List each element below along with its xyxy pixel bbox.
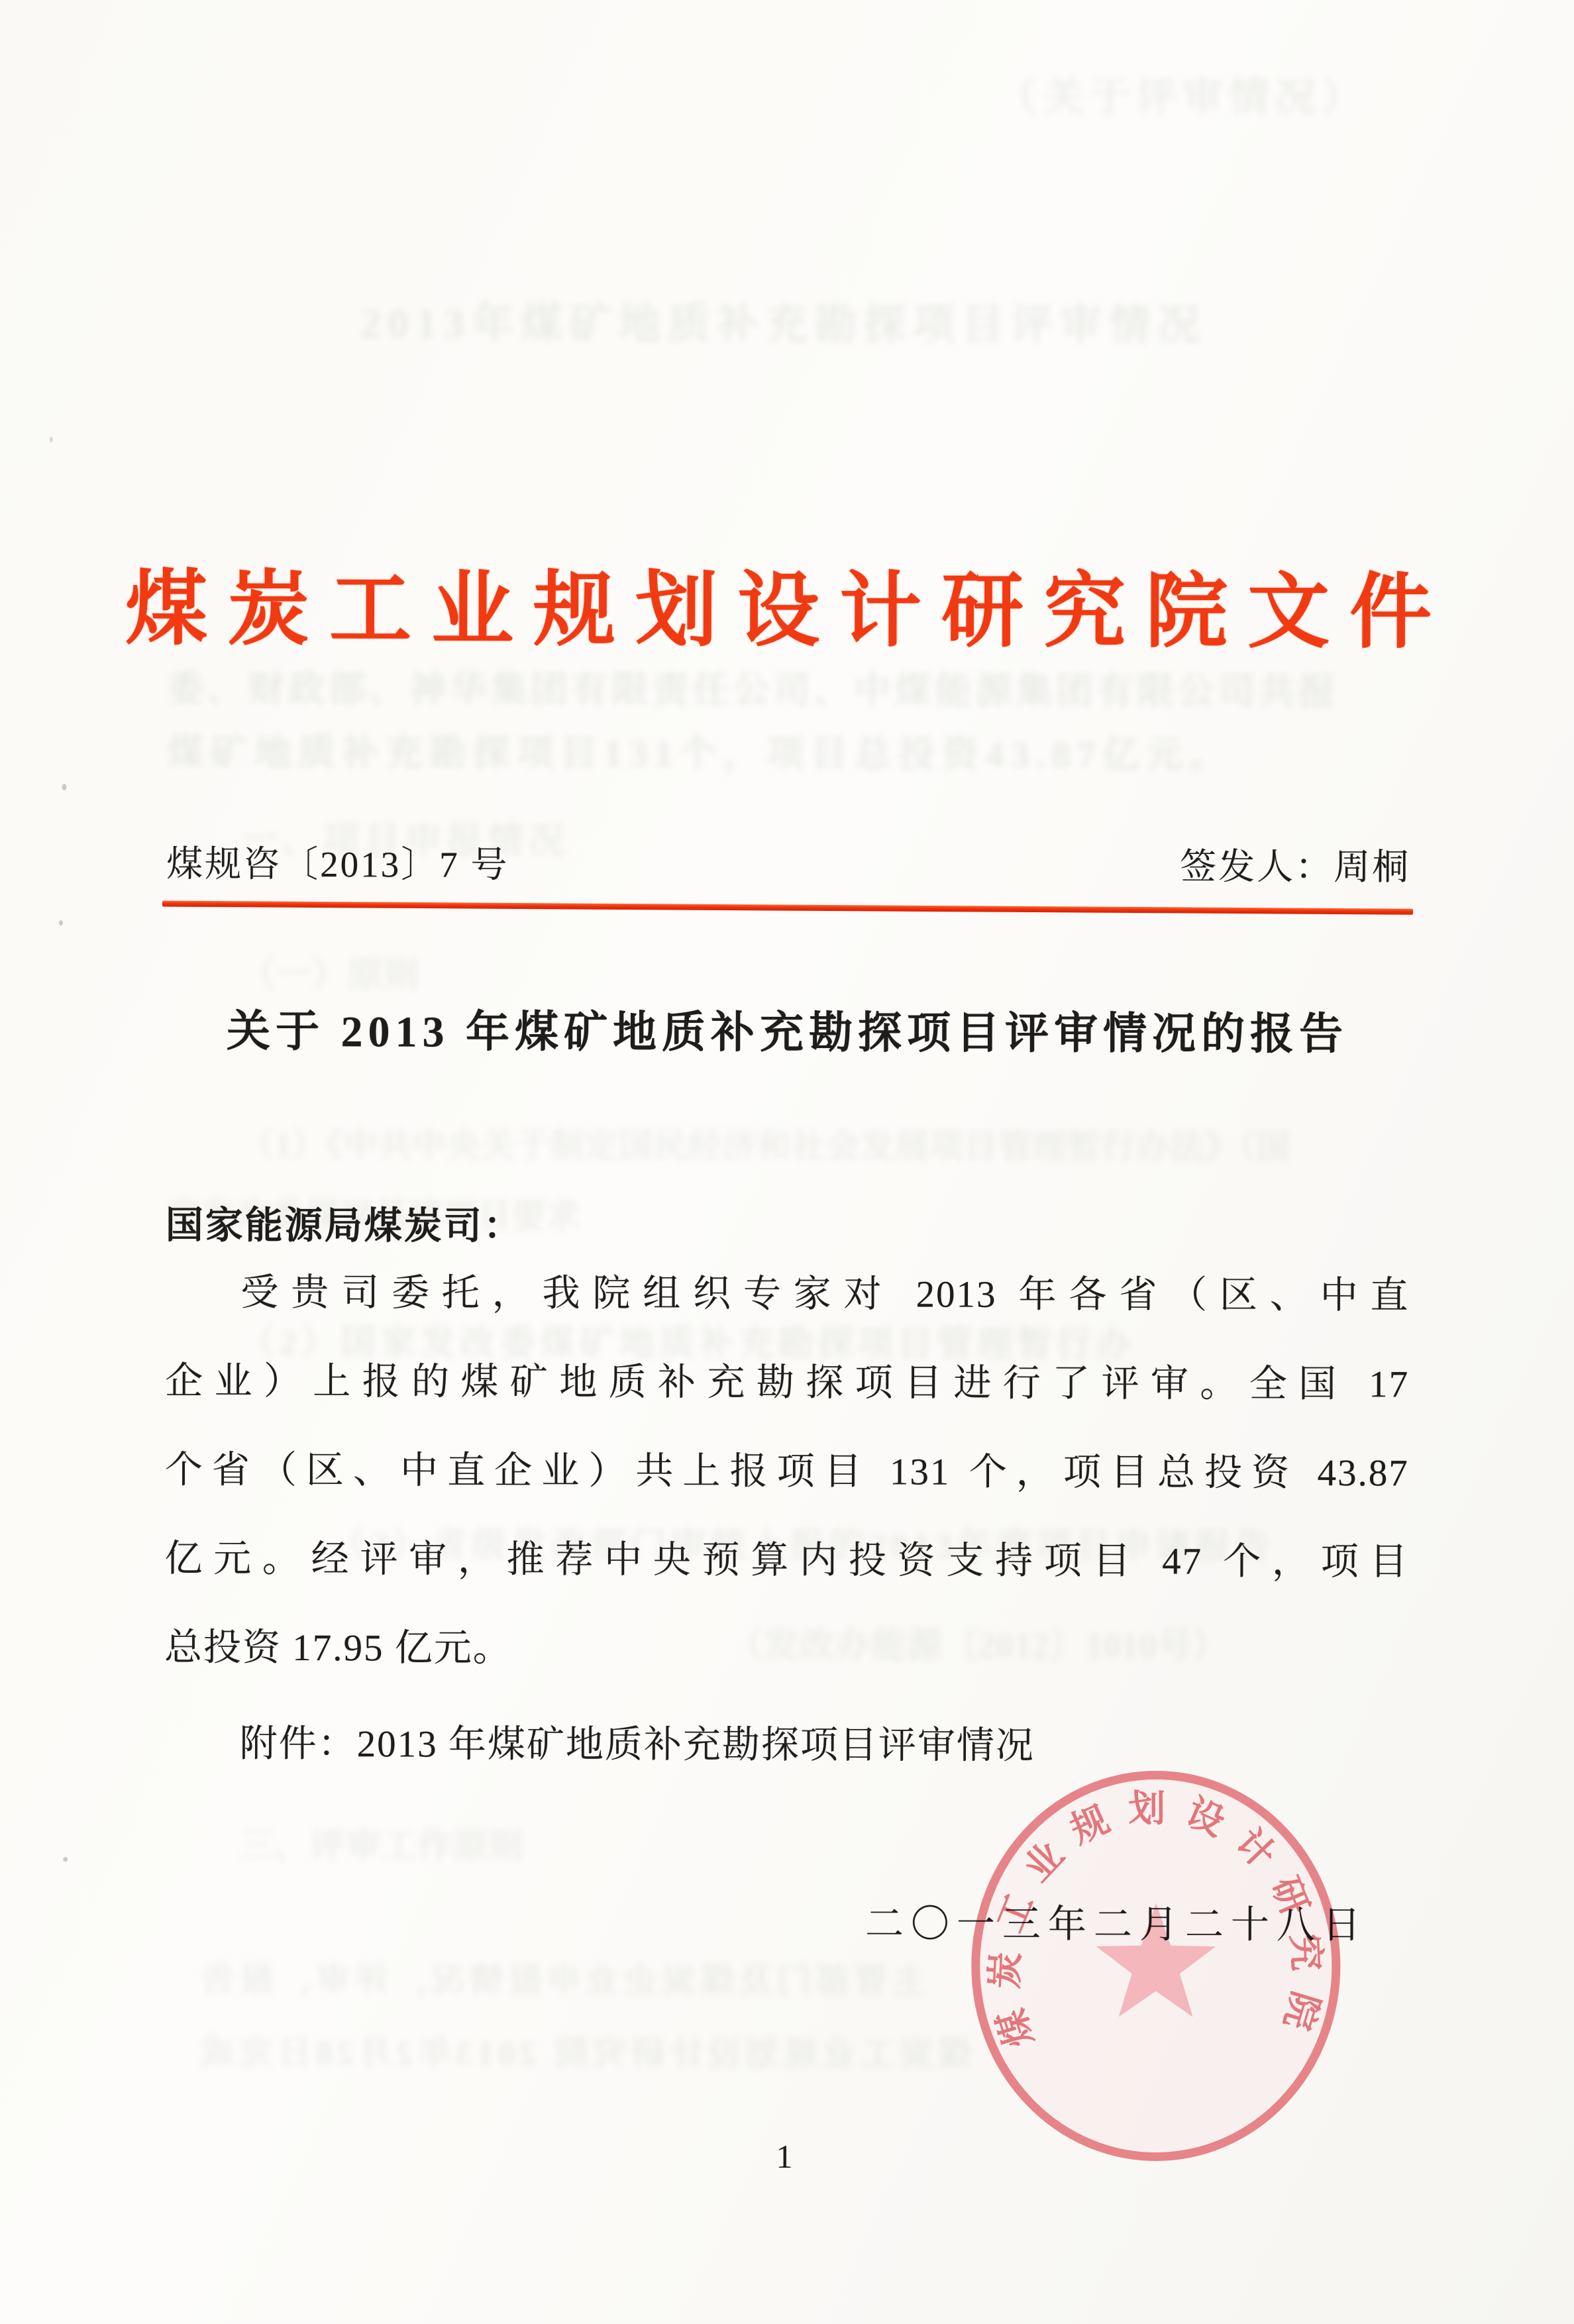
scan-speck [59, 920, 63, 925]
body-line: 总投资 17.95 亿元。 [164, 1624, 1408, 1717]
scan-speck [50, 437, 53, 443]
body-line: 个省（区、中直企业）共上报项目 131 个，项目总投资 43.87 [165, 1447, 1409, 1539]
letterhead-title: 煤炭工业规划设计研究院文件 [1, 543, 1574, 664]
bleedthrough-text: （关于评审情况） [996, 64, 1367, 123]
red-divider-rule [162, 901, 1413, 915]
bleedthrough-text: 煤矿地质补充勘探项目131个，项目总投资43.87亿元。 [167, 723, 1233, 779]
issuer: 签发人：周桐 [1180, 837, 1410, 890]
document-page: （关于评审情况） 2013年煤矿地质补充勘探项目评审情况 委、财政部、神华集团有… [0, 0, 1574, 2324]
addressee: 国家能源局煤炭司： [166, 1195, 523, 1250]
body-line: 受贵司委托，我院组织专家对 2013 年各省（区、中直 [165, 1269, 1409, 1361]
official-seal: 煤炭工业规划设计研究院 [957, 1760, 1355, 2179]
bleedthrough-text: （1）《中共中央关于制定国民经济和社会发展项目管理暂行办法》（国 [240, 1117, 1290, 1169]
bleedthrough-text: （一）原则 [240, 946, 419, 998]
bleedthrough-text: 煤炭工业规划设计研究院 2013年2月28日完成 [196, 2025, 972, 2076]
doc-number-row: 煤规咨〔2013〕7 号 签发人：周桐 [166, 835, 1410, 890]
bleedthrough-text: 2013年煤矿地质补充勘探项目评审情况 [360, 289, 1206, 352]
bleedthrough-text: 主管部门及煤炭企业申报情况，评审、报告 [197, 1952, 927, 2003]
scanned-sheet: （关于评审情况） 2013年煤矿地质补充勘探项目评审情况 委、财政部、神华集团有… [0, 0, 1574, 2324]
body-line: 企业）上报的煤矿地质补充勘探项目进行了评审。全国 17 [165, 1358, 1409, 1450]
body-paragraph: 受贵司委托，我院组织专家对 2013 年各省（区、中直 企业）上报的煤矿地质补充… [164, 1269, 1410, 1717]
doc-number: 煤规咨〔2013〕7 号 [166, 835, 509, 888]
scan-speck [62, 784, 66, 790]
bleedthrough-text: 三、评审工作原则 [238, 1817, 524, 1869]
scan-speck [63, 1857, 68, 1862]
bleedthrough-text: 委、财政部、神华集团有限责任公司、中煤能源集团有限公司共报 [167, 660, 1339, 716]
attachment-line: 附件：2013 年煤矿地质补充勘探项目评审情况 [240, 1713, 1035, 1769]
report-title: 关于 2013 年煤矿地质补充勘探项目评审情况的报告 [0, 995, 1574, 1062]
body-line: 亿元。经评审，推荐中央预算内投资支持项目 47 个，项目 [164, 1536, 1408, 1628]
